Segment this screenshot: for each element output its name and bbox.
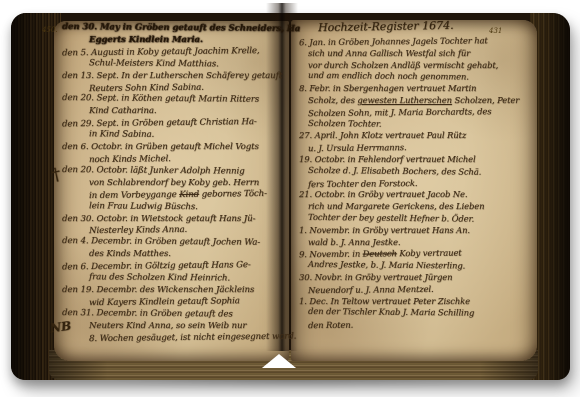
manuscript-line: von Schlabrendorf bey Koby geb. Herrn (62, 178, 290, 190)
manuscript-word: Scholzen, Peter (452, 95, 519, 105)
manuscript-word: den 31. Decembr. in Gröben getauft des (62, 308, 233, 319)
manuscript-word: 8. Wochen gesäuget, ist nicht eingesegne… (89, 331, 296, 344)
manuscript-line: den 4. Decembr. in Gröben getauft Jochen… (62, 236, 290, 250)
manuscript-word: 19. Octobr. in Fehlendorf vertrauet Mich… (299, 154, 476, 164)
manuscript-word: rich und Margarete Gerickens, des Lieben (308, 201, 484, 211)
manuscript-word: Scholzen Sohn, mit J. Maria Borchardts, … (308, 106, 491, 118)
manuscript-line: Tochter der bey gestellt Hefner b. Öder. (299, 212, 531, 226)
manuscript-word: den 6. Octobr. in Grüben getauft Michel … (62, 142, 259, 152)
manuscript-line: frau des Scholzen Kind Heinrich. (62, 272, 290, 286)
marriage-register-header: Hochzeit-Register 1674. (318, 19, 454, 34)
manuscript-word: Koby vertrauet (397, 248, 462, 259)
manuscript-word: den 5. Augusti in Koby getauft Joachim K… (62, 46, 260, 58)
manuscript-word: in Kind Sabina. (89, 129, 154, 140)
manuscript-word: noch Kinds Michel. (89, 154, 171, 165)
manuscript-line: Scholzen Tochter. (299, 117, 531, 131)
manuscript-word: Scholz, des (308, 95, 357, 105)
manuscript-word: wald b. J. Anna Jestke. (308, 237, 400, 247)
struck-word: Kind (179, 189, 199, 199)
manuscript-line: 8. Wochen gesäuget, ist nicht eingesegne… (62, 331, 290, 346)
manuscript-word: sich und Anna Gallisch Westfal sich für (308, 48, 470, 58)
manuscript-word: den 4. Decembr. in Gröben getauft Jochen… (62, 236, 260, 248)
manuscript-line: Neuters Kind Anna, so sein Weib nur (62, 321, 290, 333)
manuscript-line: den 20. Octobr. läßt Junker Adolph Henni… (62, 165, 290, 179)
photo-canvas: 450. 431 Hochzeit-Register 1674. † NB de… (0, 0, 580, 397)
right-page-number: 431 (489, 27, 502, 35)
manuscript-word: Andres Jestke, b. J. Maria Niesterling. (308, 259, 465, 271)
manuscript-word: und am endlich doch noch genommen. (308, 70, 469, 82)
manuscript-word: den 29. Sept. in Gröben getauft Christia… (62, 117, 257, 129)
manuscript-word: Schul-Meisters Kind Matthias. (89, 58, 219, 69)
manuscript-word: den 19. Decembr. des Wickenschen Jäcklei… (62, 285, 254, 295)
manuscript-word: u. J. Ursula Herrmanns. (308, 142, 407, 153)
manuscript-word: 30. Novbr. in Gröby vertrauet Jürgen (299, 272, 452, 282)
manuscript-word: frau des Scholzen Kind Heinrich. (89, 272, 230, 283)
manuscript-word: den 20. Sept. in Köthen getauft Martin R… (62, 93, 259, 105)
manuscript-line: den 13. Sept. In der Lutherschen Schäfer… (62, 71, 290, 83)
manuscript-word: den 6. Decembr. in Göltzig getauft Hans … (62, 260, 251, 272)
manuscript-line: den Roten. (299, 318, 531, 332)
manuscript-word: vor durch Scholzen Andläß vermischt geha… (308, 60, 498, 70)
manuscript-line: sich und Anna Gallisch Westfal sich für (299, 48, 531, 60)
manuscript-word: den Roten. (308, 320, 353, 330)
manuscript-word: 21. Octobr. in Gröby vertrauet Jacob Ne. (299, 189, 467, 199)
manuscript-line: Scholz, des gewesten Lutherschen Scholze… (299, 95, 531, 107)
manuscript-word: 27. April. John Klotz vertrauet Paul Rüt… (299, 130, 466, 140)
manuscript-word: fers Tochter den Forstock. (308, 178, 417, 189)
manuscript-word: 1. Novembr. in Gröby vertrauet Hans An. (299, 225, 470, 235)
manuscript-word: 8. Febr. in Sbergenhagen vertrauet Marti… (299, 83, 476, 93)
struck-word: Deutsch (363, 249, 397, 259)
manuscript-line: den 30. May in Gröben getauft des Schnei… (62, 22, 290, 36)
manuscript-word: Eggerts Kindlein Maria. (89, 35, 203, 45)
manuscript-line: in Kind Sabina. (62, 129, 290, 143)
manuscript-word: wid Kayers Kindlein getauft Sophia (89, 296, 240, 308)
manuscript-word: gebornes Töch- (199, 189, 267, 200)
manuscript-word: Neuters Kind Anna, so sein Weib nur (89, 321, 246, 331)
manuscript-line: den 31. Decembr. in Gröben getauft des (62, 308, 290, 322)
manuscript-word: Neuendorf u. J. Anna Mentzel. (308, 284, 434, 295)
manuscript-word: Scholze d. J. Elisabeth Bochers, des Sch… (308, 165, 481, 177)
manuscript-word: des Kinds Matthes. (89, 249, 171, 259)
manuscript-word: 1. Dec. In Teltow vertrauet Peter Zischk… (299, 296, 470, 306)
manuscript-word: lein Frau Ludwig Büschs. (89, 201, 198, 212)
manuscript-word: Tochter der bey gestellt Hefner b. Öder. (308, 212, 474, 224)
manuscript-word: den der Tischler Knab J. Maria Schilling (308, 306, 474, 318)
manuscript-word: Reuters Sohn Kind Sabina. (89, 82, 204, 93)
manuscript-word: Scholzen Tochter. (308, 117, 382, 128)
manuscript-word: 6. Jan. in Gröben Johannes Jagels Tochte… (299, 35, 488, 47)
manuscript-word: den 30. May in Gröben getauft des Schnei… (62, 22, 300, 34)
manuscript-line: 8. Febr. in Sbergenhagen vertrauet Marti… (299, 83, 531, 95)
manuscript-word: in dem Vorbeygange (89, 190, 179, 201)
manuscript-line: 30. Novbr. in Gröby vertrauet Jürgen (299, 272, 531, 284)
left-page-number: 450. (42, 26, 58, 34)
manuscript-line: Schul-Meisters Kind Matthias. (62, 58, 290, 72)
manuscript-line: 1. Novembr. in Gröby vertrauet Hans An. (299, 225, 531, 237)
underlined-word: gewesten Lutherschen (357, 95, 452, 105)
manuscript-line: 19. Octobr. in Fehlendorf vertrauet Mich… (299, 154, 531, 166)
manuscript-line: lein Frau Ludwig Büschs. (62, 201, 290, 215)
manuscript-word: den 13. Sept. In der Lutherschen Schäfer… (62, 71, 282, 81)
manuscript-word: Kind Catharina. (89, 106, 157, 116)
manuscript-word: Niesterley Kinds Anna. (89, 225, 187, 236)
manuscript-line: 21. Octobr. in Gröby vertrauet Jacob Ne. (299, 189, 531, 201)
right-page-text: 6. Jan. in Gröben Johannes Jagels Tochte… (299, 36, 531, 331)
manuscript-word: den 30. Octobr. in Wietstock getauft Han… (62, 214, 255, 224)
manuscript-line: fers Tochter den Forstock. (299, 176, 531, 190)
manuscript-word: von Schlabrendorf bey Koby geb. Herrn (89, 178, 259, 188)
manuscript-line: 6. Jan. in Gröben Johannes Jagels Tochte… (299, 35, 531, 49)
manuscript-word: den 20. Octobr. läßt Junker Adolph Henni… (62, 165, 245, 177)
manuscript-line: Neuendorf u. J. Anna Mentzel. (299, 283, 531, 297)
left-page-text: den 30. May in Gröben getauft des Schnei… (62, 23, 290, 344)
